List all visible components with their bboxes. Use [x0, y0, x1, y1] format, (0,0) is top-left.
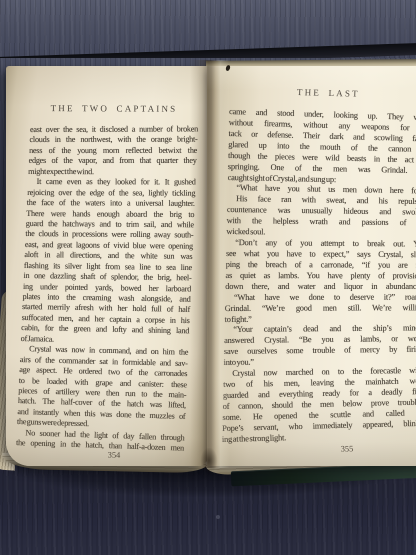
text-line: the face of the waters into a universal …	[27, 198, 195, 209]
text-line: hatch. The half-cover of the hatch was l…	[18, 396, 186, 411]
text-line: pieces of artillery were then run to the…	[18, 386, 186, 401]
right-running-head: THE LAST	[297, 87, 360, 99]
text-line: His face ran with sweat, and his repulsi…	[227, 194, 416, 208]
text-line: and instantly when this was done the muz…	[17, 407, 185, 422]
text-line: “Your captain’s dead and the ship’s mine…	[224, 324, 416, 337]
left-page-number: 354	[30, 449, 198, 461]
text-line: two of his men, leaving the mainhatch we…	[223, 376, 416, 391]
text-line: with the helpless wrath and passions of …	[227, 216, 416, 229]
text-line: guarded and everything ready for a deadl…	[223, 387, 416, 402]
left-running-head: THE TWO CAPTAINS	[30, 103, 198, 114]
text-line: springing. One of the men was Grindal. H…	[228, 162, 416, 177]
text-line: might expect the wind.	[28, 167, 196, 178]
text-line: to fight.”	[225, 313, 416, 325]
text-line: countenance was unusually hideous and sw…	[227, 205, 416, 219]
text-line: suffocated men, and her captain a corpse…	[22, 313, 190, 327]
text-line: “What have we done to deserve it?” roare…	[225, 292, 416, 303]
text-line: age aspect. He ordered two of the carron…	[19, 365, 187, 380]
text-line: though the pieces were wild beasts in th…	[228, 151, 416, 167]
text-line: in one dazzling shaft of splendor, the b…	[23, 271, 191, 284]
text-line: started merrily afresh with her hold ful…	[22, 302, 190, 315]
text-line: the clouds in processions were rolling a…	[25, 229, 193, 241]
text-line: edges of the vapor, and from that quarte…	[29, 156, 197, 166]
text-line: the guns were depressed.	[17, 417, 185, 433]
text-line: It came even as they looked for it. It g…	[28, 177, 196, 188]
text-line: ness of the young morn reflected betwixt…	[29, 146, 197, 157]
text-line: rejoicing over the edge of the sea, ligh…	[27, 188, 195, 199]
text-line: cabin, for the green and lofty and shini…	[21, 323, 189, 337]
text-line: Crystal now marched on to the forecastle…	[223, 366, 416, 380]
text-line: “What have you shut us men down here for…	[227, 183, 416, 197]
text-line: ping the breach of a carronade, “if you …	[226, 260, 416, 272]
text-line: of cannon, should the men below prove tr…	[223, 397, 416, 412]
text-line: wicked soul.	[226, 227, 416, 240]
text-line: glared up into the mouth of the cannon a…	[228, 140, 416, 156]
text-line: tack or defense. Their dark and scowling…	[228, 129, 416, 145]
photo-open-book: THE TWO CAPTAINS east over the sea, it d…	[0, 0, 416, 555]
text-line: “Don’t any of you attempt to break out. …	[226, 238, 416, 250]
text-line: Grindal. “We’re good men still. We’re wi…	[225, 303, 416, 315]
left-page-text: east over the sea, it disclosed a number…	[30, 125, 198, 449]
text-line: clouds in the northwest, with the orange…	[30, 135, 198, 146]
text-line: down there, and water and liquor in abun…	[225, 282, 416, 293]
text-line: caught sight of Crystal, and sung up:	[227, 173, 416, 188]
text-line: Crystal was now in command, and on him t…	[20, 344, 188, 358]
text-line: see what you have to expect,” says Cryst…	[226, 249, 416, 261]
text-line: the opening in the hatch, than half-a-do…	[16, 438, 184, 454]
text-line: into you.”	[224, 355, 416, 369]
text-line: east, and great lagoons of vivid blue we…	[25, 240, 193, 252]
text-line: flashing its silver light from sea line …	[24, 261, 192, 274]
text-line: without firearms, without any weapons fo…	[229, 118, 416, 135]
right-page: THE LAST came and stood under, looking u…	[207, 66, 416, 466]
text-line: ing under pointed yards, bowed her larbo…	[23, 282, 191, 295]
text-line: as quiet as lambs. You have plenty of pr…	[225, 271, 416, 282]
text-line: came and stood under, looking up. They w…	[229, 107, 416, 124]
text-line: some. He opened the scuttle and called t…	[222, 408, 416, 424]
text-line: east over the sea, it disclosed a number…	[30, 124, 198, 135]
left-page: THE TWO CAPTAINS east over the sea, it d…	[6, 66, 208, 466]
text-line: airs of the commander sat in formidable …	[20, 355, 188, 369]
text-line: Pope’s servant, who immediately appeared…	[222, 419, 416, 435]
text-line: plates into the creaming wash alongside,…	[22, 292, 190, 305]
text-line: There were hands enough aboard the brig …	[26, 209, 194, 220]
text-line: of Jamaica.	[21, 334, 189, 348]
text-line: to be loaded with grape and canister: th…	[19, 376, 187, 391]
book-gutter-bottom-shadow	[197, 448, 221, 478]
wood-speck	[216, 515, 220, 519]
text-line: guard the hatchways and to trim sail, an…	[26, 219, 194, 231]
text-line: ing at the strong light.	[222, 429, 416, 446]
text-line: No sooner had the light of day fallen th…	[16, 428, 184, 444]
text-line: answered Crystal. “Be you as lambs, or w…	[224, 334, 416, 347]
text-line: save ourselves some trouble of mercy by …	[224, 345, 416, 358]
text-line: aloft in all directions, and the white s…	[24, 250, 192, 262]
right-page-number: 355	[307, 444, 387, 454]
right-page-text: came and stood under, looking up. They w…	[229, 107, 416, 446]
